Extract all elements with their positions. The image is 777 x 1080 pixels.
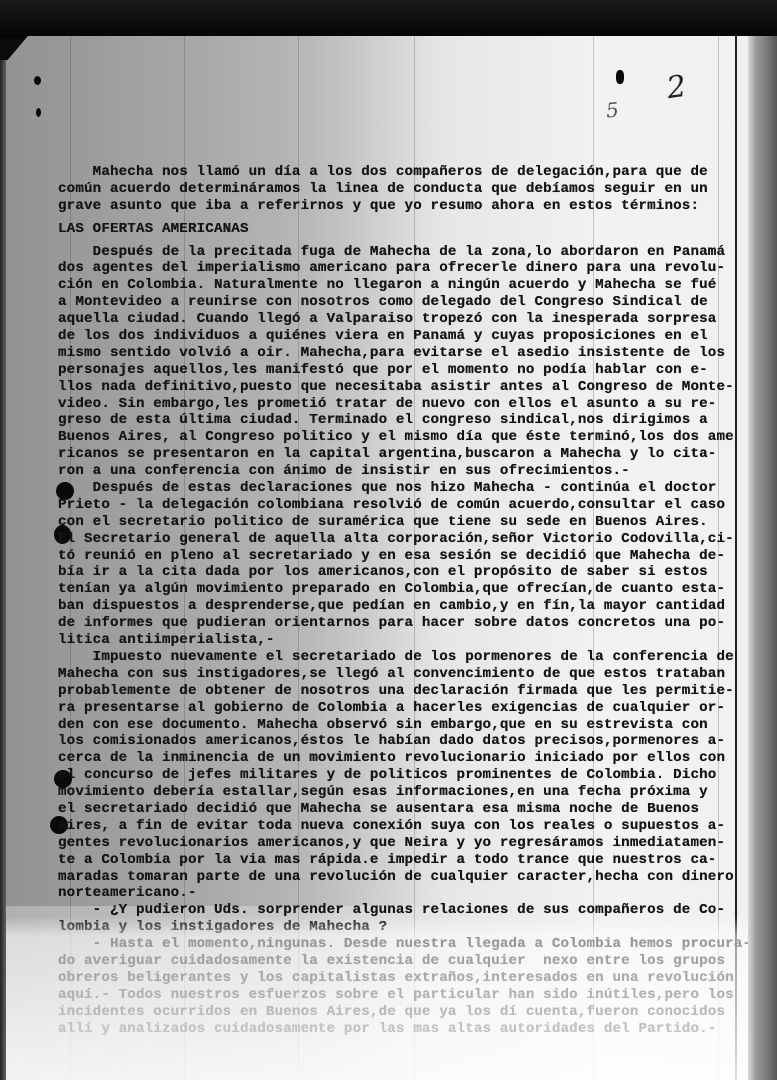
ink-spot-icon xyxy=(36,108,41,117)
text-line: tó reunió en pleno al secretariado y en … xyxy=(58,548,748,565)
text-line: obreros beligerantes y los capitalistas … xyxy=(58,970,748,987)
intro-paragraph: Mahecha nos llamó un día a los dos compa… xyxy=(58,164,748,215)
text-line: Después de la precitada fuga de Mahecha … xyxy=(58,244,748,261)
text-line: Buenos Aires, al Congreso politico y el … xyxy=(58,429,748,446)
text-line: den con ese documento. Mahecha observó s… xyxy=(58,717,748,734)
text-line: ban dispuestos a desprenderse,que pedían… xyxy=(58,598,748,615)
scan-top-edge xyxy=(0,0,777,38)
scan-right-edge xyxy=(748,36,777,1080)
ink-spot-icon xyxy=(616,70,624,84)
ink-spot-icon xyxy=(34,76,41,85)
text-line: - ¿Y pudieron Uds. sorprender algunas re… xyxy=(58,902,748,919)
text-line: a Montevideo a reunirse con nosotros com… xyxy=(58,294,748,311)
text-line: movimiento debería estallar,según esas i… xyxy=(58,784,748,801)
text-line: incidentes ocurridos en Buenos Aires,de … xyxy=(58,1004,748,1021)
text-line: con el secretario politico de suramérica… xyxy=(58,514,748,531)
text-line: aquella ciudad. Cuando llegó a Valparais… xyxy=(58,311,748,328)
document-body: Mahecha nos llamó un día a los dos compa… xyxy=(58,164,748,1037)
text-line: ricanos se presentaron en la capital arg… xyxy=(58,446,748,463)
text-line: allí y analizados cuidadosamente por las… xyxy=(58,1021,748,1038)
text-line: probablemente de obtener de nosotros una… xyxy=(58,683,748,700)
text-line: personajes aquellos,les manifestó que po… xyxy=(58,362,748,379)
text-line: dos agentes del imperialismo americano p… xyxy=(58,260,748,277)
text-line: cerca de la inminencia de un movimiento … xyxy=(58,750,748,767)
text-line: gentes revolucionarios americanos,y que … xyxy=(58,835,748,852)
text-line: mismo sentido volvió a oir. Mahecha,para… xyxy=(58,345,748,362)
text-line: Aires, a fin de evitar toda nueva conexi… xyxy=(58,818,748,835)
text-line: ron a una conferencia con ánimo de insis… xyxy=(58,463,748,480)
text-line: greso de esta última ciudad. Terminado e… xyxy=(58,412,748,429)
text-line: de informes que pudieran orientarnos par… xyxy=(58,615,748,632)
text-line: grave asunto que iba a referirnos y que … xyxy=(58,198,748,215)
text-line: llos nada definitivo,puesto que necesita… xyxy=(58,379,748,396)
text-line: video. Sin embargo,les prometió tratar d… xyxy=(58,396,748,413)
text-line: ción en Colombia. Naturalmente no llegar… xyxy=(58,277,748,294)
text-line: ra presentarse al gobierno de Colombia a… xyxy=(58,700,748,717)
typewritten-page: Mahecha nos llamó un día a los dos compa… xyxy=(6,36,748,1080)
text-line: Impuesto nuevamente el secretariado de l… xyxy=(58,649,748,666)
text-line: litica antiimperialista,- xyxy=(58,632,748,649)
text-line: lombia y los instigadores de Mahecha ? xyxy=(58,919,748,936)
text-line: do averiguar cuidadosamente la existenci… xyxy=(58,953,748,970)
text-line: - Hasta el momento,ningunas. Desde nuest… xyxy=(58,936,748,953)
text-line: Mahecha con sus instigadores,se llegó al… xyxy=(58,666,748,683)
text-line: bía ir a la cita dada por los americanos… xyxy=(58,564,748,581)
pencil-annotation: 5 xyxy=(605,97,620,122)
text-line: de los dos individuos a quiénes viera en… xyxy=(58,328,748,345)
text-line: el secretariado decidió que Mahecha se a… xyxy=(58,801,748,818)
text-line: tenían ya algún movimiento preparado en … xyxy=(58,581,748,598)
text-line: te a Colombia por la via mas rápida.e im… xyxy=(58,852,748,869)
text-line: norteamericano.- xyxy=(58,885,748,902)
text-line: maradas tomaran parte de una revolución … xyxy=(58,869,748,886)
text-line: los comisionados americanos,éstos le hab… xyxy=(58,733,748,750)
text-line: El Secretario general de aquella alta co… xyxy=(58,531,748,548)
text-line: común acuerdo determináramos la linea de… xyxy=(58,181,748,198)
text-line: Mahecha nos llamó un día a los dos compa… xyxy=(58,164,748,181)
text-line: Prieto - la delegación colombiana resolv… xyxy=(58,497,748,514)
text-line: aquí.- Todos nuestros esfuerzos sobre el… xyxy=(58,987,748,1004)
body-paragraphs: Después de la precitada fuga de Mahecha … xyxy=(58,244,748,1038)
section-heading: LAS OFERTAS AMERICANAS xyxy=(58,221,748,238)
text-line: Después de estas declaraciones que nos h… xyxy=(58,480,748,497)
text-line: el concurso de jefes militares y de poli… xyxy=(58,767,748,784)
